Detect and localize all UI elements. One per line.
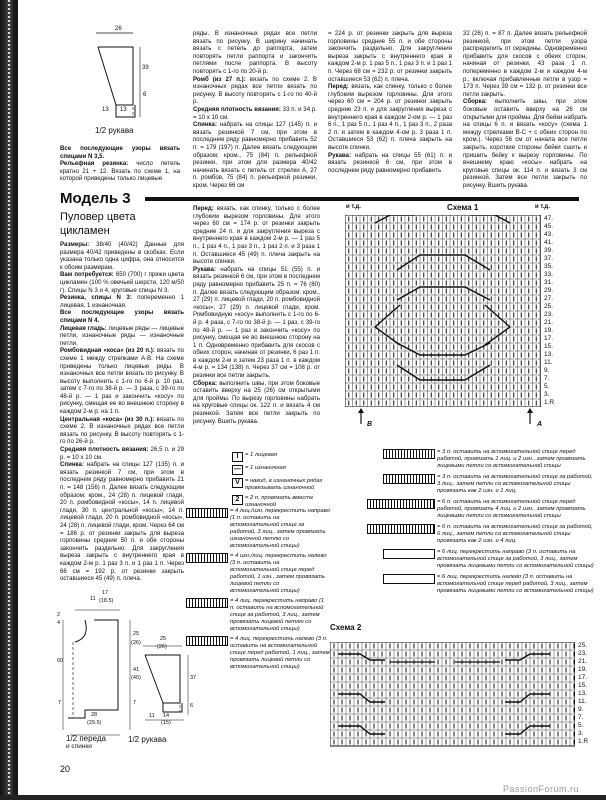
row-label: 21. xyxy=(578,658,603,666)
row-label: 7. xyxy=(544,375,574,383)
arrow-b-icon xyxy=(357,408,365,424)
row-label: 1.R xyxy=(578,738,603,746)
watermark: PassionForum.ru xyxy=(503,784,579,794)
purl-symbol-icon: — xyxy=(232,465,243,475)
legend-item: —= 1 изнаночная xyxy=(232,465,330,475)
dim-cuff: 6 xyxy=(143,92,146,98)
top-col-2: ряды. В изнаночных рядах все петли вязат… xyxy=(193,30,317,189)
sleeve-dim-cuff: 6 xyxy=(190,703,193,709)
schema2-title: Схема 2 xyxy=(330,623,361,632)
row-label: 13. xyxy=(578,690,603,698)
text-bold: Сборка: xyxy=(193,380,217,387)
legend-text: = 4 лиц./изн. перекрестить направо (1 п.… xyxy=(230,508,330,550)
cable-3-front-icon xyxy=(383,449,435,459)
legend-text: = 4 лиц. перекрестить направо (1 п. оста… xyxy=(230,598,330,633)
legend-text: = 6 лиц. перекрестить направо (3 п. оста… xyxy=(437,549,595,570)
legend-item: 2= 2 п. провязать вместе изнаночной xyxy=(232,495,330,509)
row-label: 1.R xyxy=(544,399,574,407)
model-subtitle: Пуловер цвета цикламен xyxy=(60,210,180,238)
row-label: 15. xyxy=(578,682,603,690)
model-col-1: Размеры: 38/40 (40/42) Данные для размер… xyxy=(60,241,184,583)
sleeve-caption-bottom: 1/2 рукава xyxy=(128,735,166,744)
text-bold: Размеры: xyxy=(60,241,89,248)
arrow-b-label: B xyxy=(367,421,372,428)
row-label: 21. xyxy=(544,319,574,327)
text: = 224 р. от резинки закрыть для выреза г… xyxy=(328,30,452,83)
row-label: 9. xyxy=(578,706,603,714)
legend-text: = 6 п. оставить на вспомогательной спице… xyxy=(437,524,595,545)
legend-item: = 4 изн./лиц. перекрестить налево (3 п. … xyxy=(186,553,330,595)
text: набрать на спицы 127 (145) п. и вязать р… xyxy=(193,121,317,189)
legend-text: = 3 п. оставить на вспомогательной спице… xyxy=(437,474,595,495)
cable-left-purl-icon xyxy=(186,553,228,563)
text-bold: Вам потребуется: xyxy=(60,271,114,278)
text-bold: Сборка: xyxy=(463,98,487,105)
row-label: 19. xyxy=(578,666,603,674)
text-bold: Все последующие узоры вязать спицами N 4… xyxy=(60,309,184,324)
schema1-title: Схема 1 xyxy=(447,203,478,212)
text-bold: Резинка, спицы N 3: xyxy=(60,294,132,301)
text: ряды. В изнаночных рядах все петли вязат… xyxy=(193,30,317,75)
text-bold: Центральная «коса» (из 30 п.): xyxy=(60,416,154,423)
text-bold: Рельефная резинка: xyxy=(60,160,128,167)
dim-width: 28 xyxy=(91,712,97,718)
cable-6-left-icon xyxy=(383,574,435,584)
model-heading: Модель 3 xyxy=(60,190,131,207)
top-col-4: 32 (26) п. = 87 п. Далее вязать рельефно… xyxy=(463,30,587,189)
dim-armhole: 25 xyxy=(133,631,139,637)
row-label: 37. xyxy=(544,255,574,263)
text: выполнить швы, при этом боковые оставить… xyxy=(463,98,587,189)
text: набрать на спицы 51 (55) п. и вязать рез… xyxy=(193,266,320,379)
legend-item: = 6 п. оставить на вспомогательной спице… xyxy=(367,499,595,520)
sleeve-caption-top: 1/2 рукава xyxy=(95,126,133,135)
row-label: 11. xyxy=(544,359,574,367)
text: вязать, как спинку, только с более глубо… xyxy=(193,205,320,265)
text-bold: Перед: xyxy=(328,83,349,90)
legend-text: = 6 п. оставить на вспомогательной спице… xyxy=(437,499,595,520)
dim-top: 26 xyxy=(115,26,122,32)
schema1-etc-left: и т.д. xyxy=(346,204,361,210)
row-label: 13. xyxy=(544,351,574,359)
sleeve-dim-bottom-left: 11 xyxy=(149,713,155,719)
legend-text: = 3 п. оставить на вспомогательной спице… xyxy=(437,449,595,470)
legend-text: = 2 п. провязать вместе изнаночной xyxy=(245,495,330,509)
model-col-2: Перед: вязать, как спинку, только с боле… xyxy=(193,205,320,425)
text-bold: Перед: xyxy=(193,205,214,212)
text: вязать, как спинку, только с более глубо… xyxy=(328,83,452,151)
knit-symbol-icon: I xyxy=(232,452,243,462)
legend-text: = накид, в изнаночных рядах провязывать … xyxy=(245,478,330,492)
text-bold: Рукава: xyxy=(193,266,216,273)
sleeve-dim-bottom-right: 14 xyxy=(163,713,169,719)
legend-item: = 6 лиц. перекрестить налево (3 п. остав… xyxy=(380,574,595,595)
k2tog-symbol-icon: 2 xyxy=(232,495,243,505)
cable-6-right-icon xyxy=(383,549,435,559)
text-bold: Ромбовидная «коса» (из 20 п.): xyxy=(60,347,155,354)
page-binding-edge xyxy=(0,0,18,800)
row-label: 35. xyxy=(544,263,574,271)
row-label: 27. xyxy=(544,295,574,303)
arrow-a-label: A xyxy=(537,421,542,428)
dim-shoulder-alt: (18.5) xyxy=(99,598,113,604)
sleeve-dim-top-alt: (26) xyxy=(157,644,167,650)
arrow-a-icon xyxy=(526,408,534,424)
legend-text: = 6 лиц. перекрестить налево (3 п. остав… xyxy=(437,574,595,595)
body-caption-line1: 1/2 переда xyxy=(66,735,106,743)
dim-height: 39 xyxy=(142,65,149,71)
sleeve-dim-height: 37 xyxy=(190,675,196,681)
row-label: 47. xyxy=(544,215,574,223)
text: 32 (26) п. = 87 п. Далее вязать рельефно… xyxy=(463,30,587,98)
sleeve-diagram-top xyxy=(88,25,148,120)
row-label: 17. xyxy=(544,335,574,343)
dim-rib-right: 7 xyxy=(133,700,136,706)
cable-right-icon xyxy=(186,598,228,608)
dim-total: 60 xyxy=(57,658,63,664)
schema2-chart xyxy=(330,642,575,747)
row-label: 15. xyxy=(544,343,574,351)
row-label: 5. xyxy=(544,383,574,391)
legend-item: = 4 лиц. перекрестить налево (3 п. остав… xyxy=(186,636,330,671)
cable-3-back-icon xyxy=(383,474,435,484)
heading-rule xyxy=(145,197,579,201)
top-col-1: Все последующие узоры вязать спицами N 3… xyxy=(60,145,180,183)
legend-item: = 3 п. оставить на вспомогательной спице… xyxy=(380,449,595,470)
legend-item: = 4 лиц. перекрестить направо (1 п. оста… xyxy=(186,598,330,633)
dim-bottom-right: 13 xyxy=(120,107,127,113)
row-label: 43. xyxy=(544,231,574,239)
yarn-over-symbol-icon: V xyxy=(232,478,243,488)
row-label: 19. xyxy=(544,327,574,335)
legend-item: V= накид, в изнаночных рядах провязывать… xyxy=(232,478,330,492)
legend-item: = 3 п. оставить на вспомогательной спице… xyxy=(380,474,595,495)
text: вязать по схеме 1 между стрелками А-В. Н… xyxy=(60,347,184,415)
row-label: 3. xyxy=(544,391,574,399)
legend-item: I= 1 лицевая xyxy=(232,452,330,462)
schema1-chart xyxy=(345,215,541,407)
bottom-edge xyxy=(0,795,606,800)
body-caption: 1/2 переда и спинки xyxy=(66,735,106,751)
dim-neck-depth-2: 4 xyxy=(57,620,60,626)
text-bold: Рукава: xyxy=(328,152,351,159)
sleeve-dim-bottom-right-alt: (15) xyxy=(161,720,171,726)
body-diagram xyxy=(60,600,140,740)
text: выполнить швы, при этом боковые оставить… xyxy=(193,380,320,425)
cable-6-back-icon xyxy=(367,524,435,534)
legend-text: = 1 лицевая xyxy=(245,452,277,459)
legend-item: = 6 лиц. перекрестить направо (3 п. оста… xyxy=(380,549,595,570)
row-label: 41. xyxy=(544,239,574,247)
dim-width-alt: (29.5) xyxy=(87,720,101,726)
dim-bottom-left: 13 xyxy=(102,107,109,113)
row-label: 31. xyxy=(544,279,574,287)
cable-left-icon xyxy=(186,636,228,646)
schema1-row-labels: 47. 45. 43. 41. 39. 37. 35. 33. 31. 29. … xyxy=(544,215,574,407)
schema2-row-labels: 25. 23. 21. 19. 17. 15. 13. 11. 9. 7. 5.… xyxy=(578,642,603,746)
cable-right-purl-icon xyxy=(186,508,228,518)
text-bold: Средняя плотность вязания: xyxy=(60,446,148,453)
row-label: 3. xyxy=(578,730,603,738)
dim-side: 41 xyxy=(133,667,139,673)
text-bold: Спинка: xyxy=(193,121,217,128)
row-label: 9. xyxy=(544,367,574,375)
legend-item: = 6 п. оставить на вспомогательной спице… xyxy=(367,524,595,545)
dim-neck-depth-1: 2 xyxy=(57,612,60,618)
row-label: 5. xyxy=(578,722,603,730)
cable-6-front-icon xyxy=(367,499,435,509)
row-label: 33. xyxy=(544,271,574,279)
legend-text: = 1 изнаночная xyxy=(245,465,286,472)
dim-shoulder: 17 xyxy=(102,590,108,596)
legend-right: = 3 п. оставить на вспомогательной спице… xyxy=(380,449,595,595)
row-label: 45. xyxy=(544,223,574,231)
legend-left-cables: = 4 лиц./изн. перекрестить направо (1 п.… xyxy=(186,508,330,671)
top-col-3: = 224 р. от резинки закрыть для выреза г… xyxy=(328,30,452,174)
text-bold: Лицевая гладь: xyxy=(60,325,107,332)
legend-text: = 4 лиц. перекрестить налево (3 п. остав… xyxy=(230,636,330,671)
text-bold: Ромб (из 27 п.): xyxy=(193,76,246,83)
row-label: 25. xyxy=(544,303,574,311)
row-label: 17. xyxy=(578,674,603,682)
row-label: 29. xyxy=(544,287,574,295)
legend-item: = 4 лиц./изн. перекрестить направо (1 п.… xyxy=(186,508,330,550)
legend-text: = 4 изн./лиц. перекрестить налево (3 п. … xyxy=(230,553,330,595)
row-label: 7. xyxy=(578,714,603,722)
page-number: 20 xyxy=(60,764,70,774)
schema1-etc-right: и т.д. xyxy=(535,204,550,210)
row-label: 11. xyxy=(578,698,603,706)
row-label: 23. xyxy=(578,650,603,658)
text-bold: Все последующие узоры вязать спицами N 3… xyxy=(60,145,180,160)
text-bold: Средняя плотность вязания: xyxy=(193,106,281,113)
text-bold: Спинка: xyxy=(60,461,84,468)
sleeve-dim-top: 25 xyxy=(160,636,166,642)
row-label: 25. xyxy=(578,642,603,650)
dim-rib-left: 7 xyxy=(58,700,61,706)
row-label: 39. xyxy=(544,247,574,255)
body-caption-line2: и спинки xyxy=(66,743,106,751)
row-label: 23. xyxy=(544,311,574,319)
dim-neck-width: 11 xyxy=(90,596,96,602)
legend-left: I= 1 лицевая —= 1 изнаночная V= накид, в… xyxy=(232,452,330,512)
text: набрать на спицы 127 (135) п. и вязать р… xyxy=(60,461,184,582)
